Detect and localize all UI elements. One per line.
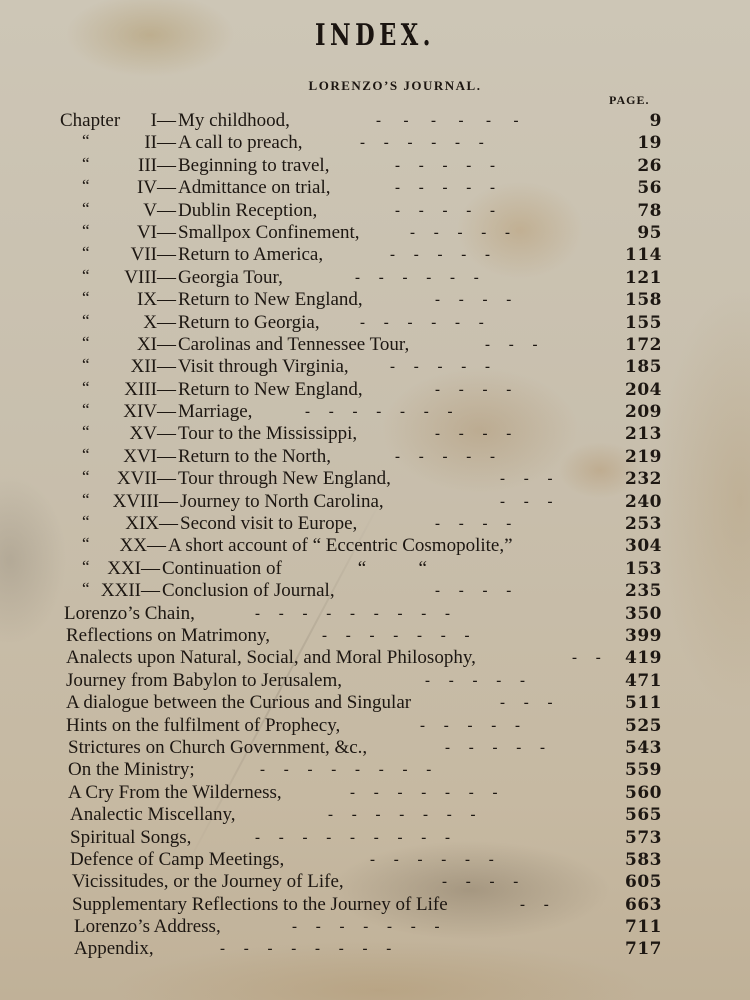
chapter-numeral: XX—	[114, 535, 166, 557]
chapter-numeral: XIII—	[116, 379, 176, 401]
chapter-numeral: XV—	[124, 423, 176, 445]
ditto-mark: “	[82, 153, 90, 175]
index-entry-section: Appendix, - - - - - - - - 717	[60, 938, 662, 960]
leader-dashes: - - - - - - - -	[220, 938, 391, 960]
section-title: Vicissitudes, or the Journey of Life,	[72, 871, 344, 893]
leader-dashes: - - - - -	[445, 737, 545, 759]
chapter-title: Marriage,	[178, 401, 252, 423]
index-entry-chapter: “ VI— Smallpox Confinement, - - - - - 95	[60, 222, 662, 244]
index-entry-chapter: “ XVIII— Journey to North Carolina, - - …	[60, 491, 662, 513]
section-title: Strictures on Church Government, &c.,	[68, 737, 367, 759]
leader-dashes: - - - -	[435, 580, 511, 602]
page-number: 560	[625, 782, 662, 804]
leader-dashes: - - - - - - - -	[260, 759, 431, 781]
index-entry-section: On the Ministry; - - - - - - - - 559	[60, 759, 662, 781]
leader-dashes: - - - - -	[425, 670, 525, 692]
page-number: 543	[625, 737, 662, 759]
leader-dashes: - - - - - - -	[350, 782, 497, 804]
section-title: Hints on the fulfilment of Prophecy,	[66, 715, 340, 737]
index-entry-chapter: “ XX— A short account of “ Eccentric Cos…	[60, 535, 662, 557]
chapter-numeral: XII—	[124, 356, 176, 378]
page-number: 153	[625, 558, 662, 580]
page-number: 304	[625, 535, 662, 557]
chapter-title: My childhood,	[178, 110, 290, 132]
ditto-mark: “	[82, 354, 90, 376]
ditto-mark: “	[82, 332, 90, 354]
chapter-title: Continuation of “ “	[162, 558, 427, 580]
index-entry-chapter: “ IX— Return to New England, - - - - 158	[60, 289, 662, 311]
chapter-numeral: V—	[124, 200, 176, 222]
index-entry-chapter: “ XIV— Marriage, - - - - - - - 209	[60, 401, 662, 423]
index-entry-chapter: “ XIII— Return to New England, - - - - 2…	[60, 379, 662, 401]
page-number: 471	[625, 670, 662, 692]
leader-dashes: - - - - -	[395, 446, 495, 468]
page-number: 399	[625, 625, 662, 647]
leader-dashes: - - - - - - -	[292, 916, 439, 938]
leader-dashes: - - - - -	[395, 177, 495, 199]
index-entry-chapter: “ VIII— Georgia Tour, - - - - - - 121	[60, 267, 662, 289]
ditto-mark: “	[82, 377, 90, 399]
index-entry-chapter: “ X— Return to Georgia, - - - - - - 155	[60, 312, 662, 334]
page-number: 26	[637, 155, 662, 177]
section-title: Analects upon Natural, Social, and Moral…	[66, 647, 476, 669]
leader-dashes: - - - - - -	[355, 267, 479, 289]
chapter-title: Admittance on trial,	[178, 177, 330, 199]
leader-dashes: - - - - - - - - -	[255, 603, 450, 625]
section-title: A dialogue between the Curious and Singu…	[66, 692, 411, 714]
page-number: 235	[625, 580, 662, 602]
chapter-title: Return to New England,	[178, 289, 363, 311]
chapter-title: Journey to North Carolina,	[180, 491, 384, 513]
section-title: A Cry From the Wilderness,	[68, 782, 282, 804]
index-entry-section: Supplementary Reflections to the Journey…	[60, 894, 662, 916]
section-title: Analectic Miscellany,	[70, 804, 235, 826]
index-entry-chapter: “ XVI— Return to the North, - - - - - 21…	[60, 446, 662, 468]
chapter-title: Return to America,	[178, 244, 323, 266]
ditto-mark: “	[82, 556, 90, 578]
ditto-mark: “	[82, 175, 90, 197]
leader-dashes: - - - -	[442, 871, 518, 893]
ditto-mark: “	[82, 220, 90, 242]
ditto-mark: “	[82, 421, 90, 443]
ditto-mark: “	[82, 265, 90, 287]
section-title: Reflections on Matrimony,	[66, 625, 270, 647]
leader-dashes: - - -	[500, 491, 553, 513]
index-entry-chapter: “ XXI— Continuation of “ “ 153	[60, 558, 662, 580]
chapter-title: Carolinas and Tennessee Tour,	[178, 334, 409, 356]
page-number: 114	[625, 244, 662, 266]
index-entry-chapter: “ XI— Carolinas and Tennessee Tour, - - …	[60, 334, 662, 356]
chapter-title: Second visit to Europe,	[180, 513, 357, 535]
ditto-mark: “	[82, 310, 90, 332]
page-number: 209	[625, 401, 662, 423]
chapter-numeral: XXII—	[96, 580, 160, 602]
section-title: Supplementary Reflections to the Journey…	[72, 894, 448, 916]
section-title: Spiritual Songs,	[70, 827, 191, 849]
index-entry-section: Strictures on Church Government, &c., - …	[60, 737, 662, 759]
ditto-mark: “	[82, 242, 90, 264]
page-number: 232	[625, 468, 662, 490]
page-number: 573	[625, 827, 662, 849]
section-title: Lorenzo’s Chain,	[64, 603, 195, 625]
index-entry-chapter: “ XVII— Tour through New England, - - - …	[60, 468, 662, 490]
index-entry-chapter: “ XV— Tour to the Mississippi, - - - - 2…	[60, 423, 662, 445]
index-entry-section: Analects upon Natural, Social, and Moral…	[60, 647, 662, 669]
leader-dashes: - - - - -	[390, 356, 490, 378]
section-title: On the Ministry;	[68, 759, 195, 781]
leader-dashes: - - - - -	[395, 155, 495, 177]
chapter-title: Return to New England,	[178, 379, 363, 401]
chapter-numeral: III—	[124, 155, 176, 177]
ditto-mark: “	[82, 399, 90, 421]
chapter-numeral: VI—	[124, 222, 176, 244]
index-entry-chapter: “ III— Beginning to travel, - - - - - 26	[60, 155, 662, 177]
chapter-title: Return to the North,	[178, 446, 331, 468]
leader-dashes: - - -	[485, 334, 538, 356]
ditto-mark: “	[82, 287, 90, 309]
page-number: 219	[625, 446, 662, 468]
index-entry-section: Analectic Miscellany, - - - - - - - 565	[60, 804, 662, 826]
index-entry-section: Hints on the fulfilment of Prophecy, - -…	[60, 715, 662, 737]
page-number: 9	[650, 110, 662, 132]
page-number: 663	[625, 894, 662, 916]
chapter-title: Georgia Tour,	[178, 267, 283, 289]
leader-dashes: - - - - - -	[360, 132, 484, 154]
index-entry-chapter: “ V— Dublin Reception, - - - - - 78	[60, 200, 662, 222]
chapter-numeral: XVII—	[110, 468, 176, 490]
page-number: 511	[625, 692, 662, 714]
leader-dashes: - - - - - - -	[305, 401, 452, 423]
leader-dashes: - - -	[500, 692, 553, 714]
leader-dashes: - - - - - - - - -	[255, 827, 450, 849]
chapter-numeral: XVIII—	[98, 491, 178, 513]
chapter-prefix: Chapter	[60, 110, 120, 132]
chapter-numeral: VIII—	[116, 267, 176, 289]
page-number: 155	[625, 312, 662, 334]
page-number: 204	[625, 379, 662, 401]
ditto-mark: “	[82, 511, 90, 533]
page-number: 253	[625, 513, 662, 535]
page-number: 19	[637, 132, 662, 154]
ditto-mark: “	[82, 198, 90, 220]
page-number: 56	[637, 177, 662, 199]
page-column-header: PAGE.	[609, 93, 649, 108]
ditto-mark: “	[82, 533, 90, 555]
page-number: 711	[625, 916, 662, 938]
index-entry-chapter: “ II— A call to preach, - - - - - - 19	[60, 132, 662, 154]
leader-dashes: - - - - - - -	[328, 804, 475, 826]
chapter-title: A short account of “ Eccentric Cosmopoli…	[168, 535, 513, 557]
leader-dashes: - - - -	[435, 289, 511, 311]
leader-dashes: - -	[572, 647, 601, 669]
leader-dashes: - - -	[500, 468, 553, 490]
chapter-numeral: IV—	[124, 177, 176, 199]
index-entry-chapter: “ IV— Admittance on trial, - - - - - 56	[60, 177, 662, 199]
page-number: 78	[637, 200, 662, 222]
chapter-numeral: II—	[124, 132, 176, 154]
leader-dashes: - -	[520, 894, 549, 916]
page-number: 559	[625, 759, 662, 781]
chapter-numeral: XIV—	[116, 401, 176, 423]
chapter-title: Return to Georgia,	[178, 312, 320, 334]
index-entry-section: Lorenzo’s Chain, - - - - - - - - - 350	[60, 603, 662, 625]
section-title: Journey from Babylon to Jerusalem,	[66, 670, 342, 692]
ditto-mark: “	[82, 130, 90, 152]
leader-dashes: - - - -	[435, 513, 511, 535]
page-number: 213	[625, 423, 662, 445]
page-number: 565	[625, 804, 662, 826]
leader-dashes: - - - -	[435, 379, 511, 401]
index-entry-section: A Cry From the Wilderness, - - - - - - -…	[60, 782, 662, 804]
page-number: 95	[637, 222, 662, 244]
index-entry-section: Reflections on Matrimony, - - - - - - - …	[60, 625, 662, 647]
chapter-numeral: XVI—	[116, 446, 176, 468]
index-entry-section: Spiritual Songs, - - - - - - - - - 573	[60, 827, 662, 849]
chapter-title: Smallpox Confinement,	[178, 222, 360, 244]
page-number: 172	[625, 334, 662, 356]
ditto-mark: “	[82, 578, 90, 600]
index-entry-section: Vicissitudes, or the Journey of Life, - …	[60, 871, 662, 893]
index-entry-chapter: “ XII— Visit through Virginia, - - - - -…	[60, 356, 662, 378]
chapter-numeral: X—	[124, 312, 176, 334]
page-number: 158	[625, 289, 662, 311]
leader-dashes: - - - - -	[410, 222, 510, 244]
index-entry-chapter: “ XXII— Conclusion of Journal, - - - - 2…	[60, 580, 662, 602]
chapter-numeral: XI—	[124, 334, 176, 356]
chapter-numeral: XXI—	[104, 558, 160, 580]
index-entry-section: Defence of Camp Meetings, - - - - - - 58…	[60, 849, 662, 871]
page-number: 605	[625, 871, 662, 893]
leader-dashes: - - - - - -	[370, 849, 494, 871]
leader-dashes: - - - - - - -	[322, 625, 469, 647]
ditto-mark: “	[82, 489, 90, 511]
chapter-numeral: VII—	[124, 244, 176, 266]
page-number: 121	[625, 267, 662, 289]
leader-dashes: - - - - -	[395, 200, 495, 222]
chapter-title: Visit through Virginia,	[178, 356, 349, 378]
chapter-title: Beginning to travel,	[178, 155, 329, 177]
leader-dashes: - - - -	[435, 423, 511, 445]
index-entry-chapter: “ XIX— Second visit to Europe, - - - - 2…	[60, 513, 662, 535]
chapter-title: Dublin Reception,	[178, 200, 317, 222]
page-number: 185	[625, 356, 662, 378]
chapter-title: Tour to the Mississippi,	[178, 423, 357, 445]
index-entry-chapter: “ VII— Return to America, - - - - - 114	[60, 244, 662, 266]
index-entry-chapter: Chapter I— My childhood, - - - - - - 9	[60, 110, 662, 132]
leader-dashes: - - - - - -	[360, 312, 484, 334]
chapter-numeral: IX—	[124, 289, 176, 311]
leader-dashes: - - - - -	[390, 244, 490, 266]
index-entry-section: Journey from Babylon to Jerusalem, - - -…	[60, 670, 662, 692]
index-entry-section: Lorenzo’s Address, - - - - - - - 711	[60, 916, 662, 938]
chapter-title: Conclusion of Journal,	[162, 580, 335, 602]
ditto-mark: “	[82, 466, 90, 488]
leader-dashes: - - - - -	[420, 715, 520, 737]
page-number: 717	[625, 938, 662, 960]
section-title: Defence of Camp Meetings,	[70, 849, 284, 871]
page-number: 419	[625, 647, 662, 669]
ditto-mark: “	[82, 444, 90, 466]
chapter-title: Tour through New England,	[178, 468, 391, 490]
chapter-numeral: XIX—	[116, 513, 178, 535]
section-title: Appendix,	[74, 938, 154, 960]
index-entries: Chapter I— My childhood, - - - - - - 9 “…	[60, 110, 662, 961]
chapter-numeral: I—	[124, 110, 176, 132]
page-number: 240	[625, 491, 662, 513]
page-number: 350	[625, 603, 662, 625]
section-subtitle: LORENZO’S JOURNAL.	[0, 78, 750, 94]
chapter-title: A call to preach,	[178, 132, 303, 154]
section-title: Lorenzo’s Address,	[74, 916, 221, 938]
index-entry-section: A dialogue between the Curious and Singu…	[60, 692, 662, 714]
leader-dashes: - - - - - -	[376, 110, 518, 132]
page-title: INDEX.	[94, 18, 657, 53]
page-number: 525	[625, 715, 662, 737]
page-number: 583	[625, 849, 662, 871]
